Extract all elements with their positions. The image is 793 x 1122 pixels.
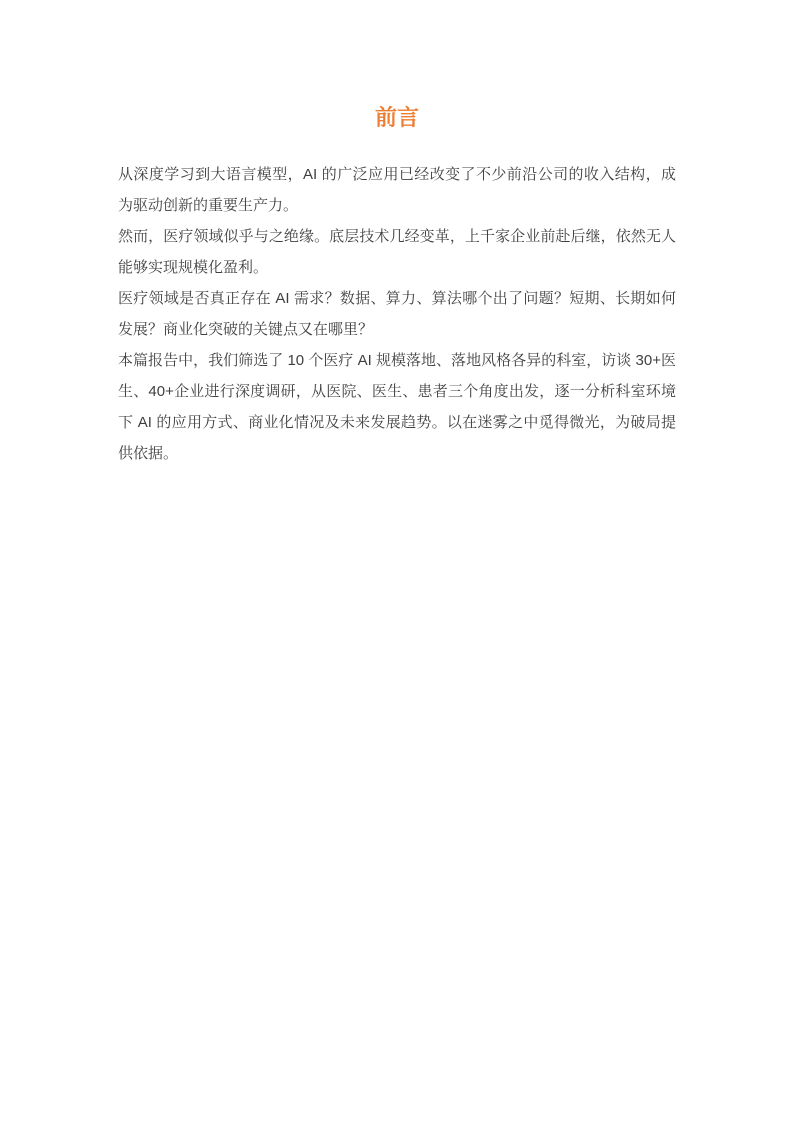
paragraph-questions: 医疗领域是否真正存在 AI 需求？数据、算力、算法哪个出了问题？短期、长期如何发… bbox=[118, 283, 676, 345]
page-title: 前言 bbox=[118, 102, 676, 134]
paragraph-intro-ai: 从深度学习到大语言模型，AI 的广泛应用已经改变了不少前沿公司的收入结构，成为驱… bbox=[118, 159, 676, 221]
paragraph-medical-gap: 然而，医疗领域似乎与之绝缘。底层技术几经变革，上千家企业前赴后继，依然无人能够实… bbox=[118, 221, 676, 283]
paragraph-report-method: 本篇报告中，我们筛选了 10 个医疗 AI 规模落地、落地风格各异的科室，访谈 … bbox=[118, 345, 676, 469]
document-page: 前言 从深度学习到大语言模型，AI 的广泛应用已经改变了不少前沿公司的收入结构，… bbox=[0, 0, 793, 1122]
document-body: 从深度学习到大语言模型，AI 的广泛应用已经改变了不少前沿公司的收入结构，成为驱… bbox=[118, 159, 676, 469]
